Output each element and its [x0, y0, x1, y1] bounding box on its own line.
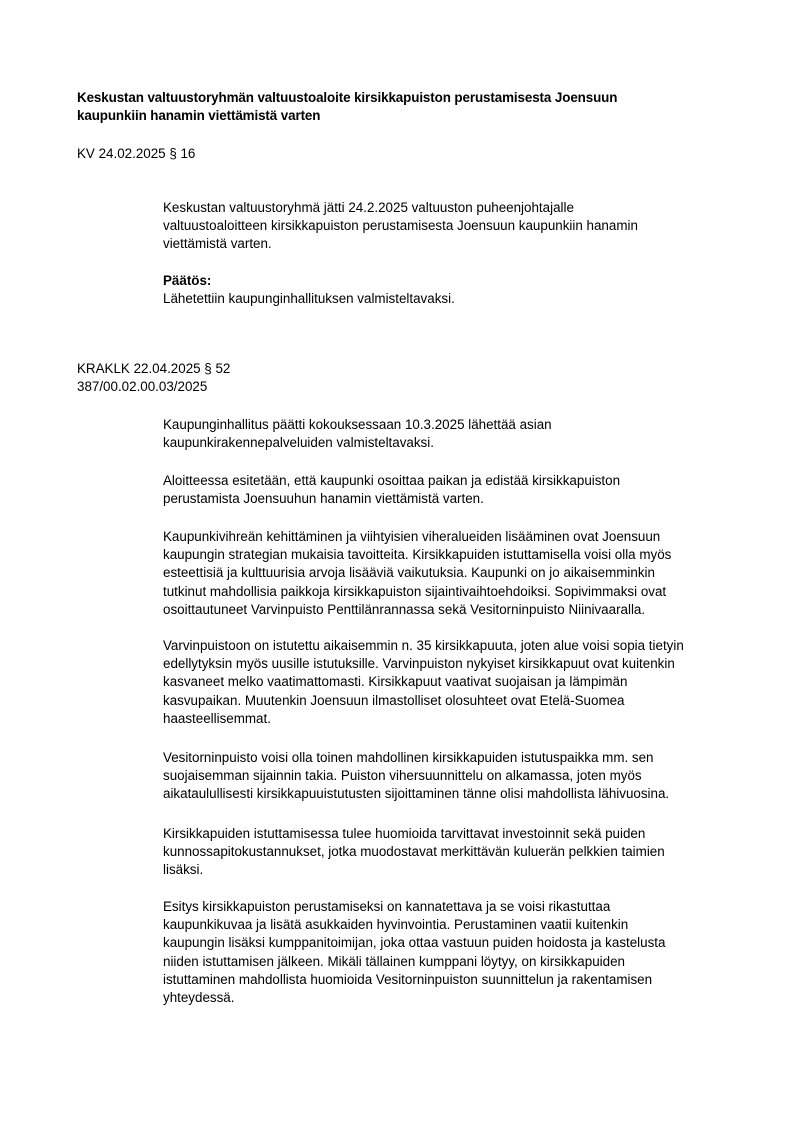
paragraph: Kaupunginhallitus päätti kokouksessaan 1… [163, 416, 743, 452]
paragraph-line: osoittautuneet Varvinpuisto Penttilänran… [163, 601, 743, 619]
paragraph-line: suojaisemman sijainnin takia. Puiston vi… [163, 767, 743, 785]
meeting-reference-kraklk: KRAKLK 22.04.2025 § 52 387/00.02.00.03/2… [77, 360, 230, 396]
paragraph-line: kaupunkirakennepalveluiden valmisteltava… [163, 434, 743, 452]
paragraph: Aloitteessa esitetään, että kaupunki oso… [163, 472, 743, 508]
paragraph-line: kunnossapitokustannukset, jotka muodosta… [163, 843, 743, 861]
paragraph-line: haasteellisemmat. [163, 710, 743, 728]
paragraph: Vesitorninpuisto voisi olla toinen mahdo… [163, 749, 743, 804]
paragraph: Kirsikkapuiden istuttamisessa tulee huom… [163, 825, 743, 880]
paragraph-line: kasvaneet melko vaatimattomasti. Kirsikk… [163, 673, 743, 691]
paragraph-line: Vesitorninpuisto voisi olla toinen mahdo… [163, 749, 743, 767]
paragraph-line: aikataulullisesti kirsikkapuuistutusten … [163, 785, 743, 803]
paragraph-line: valtuustoaloitteen kirsikkapuiston perus… [163, 217, 743, 235]
paragraph: Varvinpuistoon on istutettu aikaisemmin … [163, 637, 743, 728]
decision-text: Lähetettiin kaupunginhallituksen valmist… [163, 290, 743, 308]
paragraph-line: Kaupunkivihreän kehittäminen ja viihtyis… [163, 528, 743, 546]
paragraph-line: kaupunkikuvaa ja lisätä asukkaiden hyvin… [163, 916, 743, 934]
document-title: Keskustan valtuustoryhmän valtuustoaloit… [77, 89, 737, 125]
paragraph: Esitys kirsikkapuiston perustamiseksi on… [163, 898, 743, 1007]
paragraph-line: Keskustan valtuustoryhmä jätti 24.2.2025… [163, 199, 743, 217]
initiative-intro: Keskustan valtuustoryhmä jätti 24.2.2025… [163, 199, 743, 254]
decision-section: Päätös: Lähetettiin kaupunginhallituksen… [163, 272, 743, 308]
paragraph-line: niiden istuttamisen jälkeen. Mikäli täll… [163, 953, 743, 971]
paragraph-line: lisäksi. [163, 861, 743, 879]
paragraph-line: Kaupunginhallitus päätti kokouksessaan 1… [163, 416, 743, 434]
paragraph: Kaupunkivihreän kehittäminen ja viihtyis… [163, 528, 743, 619]
paragraph-line: Esitys kirsikkapuiston perustamiseksi on… [163, 898, 743, 916]
meeting-reference: KRAKLK 22.04.2025 § 52 [77, 360, 230, 378]
document-page: Keskustan valtuustoryhmän valtuustoaloit… [0, 0, 794, 1122]
paragraph-line: Kirsikkapuiden istuttamisessa tulee huom… [163, 825, 743, 843]
record-number: 387/00.02.00.03/2025 [77, 378, 230, 396]
paragraph-line: kasvupaikan. Muutenkin Joensuun ilmastol… [163, 692, 743, 710]
paragraph-line: Varvinpuistoon on istutettu aikaisemmin … [163, 637, 743, 655]
paragraph-line: Aloitteessa esitetään, että kaupunki oso… [163, 472, 743, 490]
paragraph-line: perustamista Joensuuhun hanamin viettämi… [163, 490, 743, 508]
paragraph-line: viettämistä varten. [163, 235, 743, 253]
paragraph-line: tutkinut mahdollisia paikkoja kirsikkapu… [163, 583, 743, 601]
meeting-reference-kv: KV 24.02.2025 § 16 [77, 145, 195, 163]
paragraph-line: edellytyksin myös uusille istutuksille. … [163, 655, 743, 673]
decision-label: Päätös: [163, 272, 743, 290]
paragraph-line: kaupungin strategian mukaisia tavoitteit… [163, 546, 743, 564]
paragraph-line: kaupungin lisäksi kumppanitoimijan, joka… [163, 934, 743, 952]
title-line: Keskustan valtuustoryhmän valtuustoaloit… [77, 89, 737, 107]
paragraph-line: esteettisiä ja kulttuurisia arvoja lisää… [163, 564, 743, 582]
paragraph-line: istuttaminen mahdollista huomioida Vesit… [163, 971, 743, 989]
title-line: kaupunkiin hanamin viettämistä varten [77, 107, 737, 125]
paragraph-line: yhteydessä. [163, 989, 743, 1007]
